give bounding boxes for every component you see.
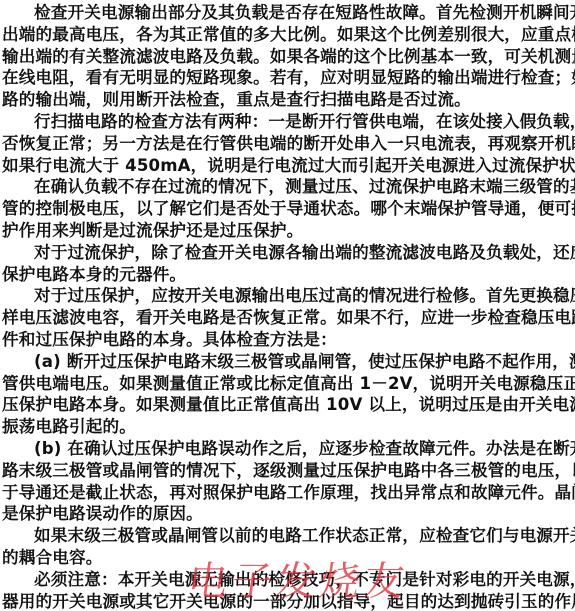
text-line-13: 保护电路本身的元器件。 <box>0 264 575 286</box>
text-line-15: 样电压滤波电容，看开关电路是否恢复正常。如果不行，应进一步检查稳压电路、振荡定时… <box>0 307 575 329</box>
text-line-9: 在确认负载不存在过流的情况下，测量过压、过流保护电路末端三级管的基极电压或晶闸 <box>0 176 575 198</box>
text-line-11: 护作用来判断是过流保护还是过压保护。 <box>0 220 575 242</box>
text-line-16: 件和过压保护电路的本身。具体检查方法是： <box>0 329 575 351</box>
text-line-14: 对于过压保护，应按开关电源输出电压过高的情况进行检修。首先更换稳压电路中的取 <box>0 285 575 307</box>
document-page: 检查开关电源输出部分及其负载是否存在短路性故障。首先检测开机瞬间开关电源各输 出… <box>0 2 575 611</box>
text-line-24: 是保护电路误动作的原因。 <box>0 503 575 525</box>
text-line-6: 行扫描电路的检查方法有两种：一是断开行管供电端，在该处接入假负载，看开关电源是 <box>0 111 575 133</box>
text-line-19: 压保护电路本身。如果测量值比正常值高出 10V 以上，说明过压是由开关电源的稳压… <box>0 394 575 416</box>
text-line-12: 对于过流保护，除了检查开关电源各输出端的整流滤波电路及负载处，还应重点检查过流 <box>0 242 575 264</box>
text-line-10: 管的控制极电压，以了解它们是否处于导通状态。哪个末端保护管导通，便可按该路所起的… <box>0 198 575 220</box>
text-line-4: 在线电阻，看有无明显的短路现象。若有，应对明显短路的输出端进行检查；如果没有明显… <box>0 67 575 89</box>
text-line-25: 如果末级三极管或晶闸管以前的电路工作状态正常，应检查它们与电源开关管基极之间 <box>0 525 575 547</box>
text-line-1: 检查开关电源输出部分及其负载是否存在短路性故障。首先检测开机瞬间开关电源各输 <box>0 2 575 24</box>
text-line-20: 振荡电路引起的。 <box>0 416 575 438</box>
text-line-18: 管供电端电压。如果测量值正常或比标定值高出 1－2V，说明开关电源稳压正常。故障… <box>0 373 575 395</box>
text-line-27: 必须注意：本开关电源无输出的检修技巧，不专门是针对彩电的开关电源，也可对其它电 <box>0 569 575 591</box>
text-line-28: 器用的开关电源或其它开关电源的一部分加以指导，起目的达到抛砖引玉的作用。 <box>0 591 575 611</box>
text-line-3: 输出端的有关整流滤波电路及负载。如果各端的这个比例基本一致，可关机测量各输出端的 <box>0 46 575 68</box>
text-line-26: 的耦合电容。 <box>0 547 575 569</box>
text-line-17: (a) 断开过压保护电路末级三极管或晶闸管，使过压保护电路不起作用，测开机瞬间的… <box>0 351 575 373</box>
text-line-5: 路的输出端，则用断开法检查，重点是查行扫描电路是否过流。 <box>0 89 575 111</box>
text-line-22: 路末级三极管或晶闸管的情况下，逐级测量过压保护电路中各三极管的电压，以判断它们是… <box>0 460 575 482</box>
text-line-21: (b) 在确认过压保护电路误动作之后，应逐步检查故障元件。办法是在断开过压保护电 <box>0 438 575 460</box>
text-line-2: 出端的最高电压，各为其正常值的多大比例。如果这个比例差别很大，应重点检查比例最低… <box>0 24 575 46</box>
text-line-8: 如果行电流大于 450mA，说明是行电流过大而引起开关电源进入过流保护状态。 <box>0 155 575 177</box>
text-line-23: 于导通还是截止状态，再对照保护电路工作原理，找出异常点和故障元件。晶闸管性能变差… <box>0 482 575 504</box>
text-line-7: 否恢复正常；另一方法是在行管供电端的断开处串入一只电流表，再观察开机瞬间的行电流… <box>0 133 575 155</box>
